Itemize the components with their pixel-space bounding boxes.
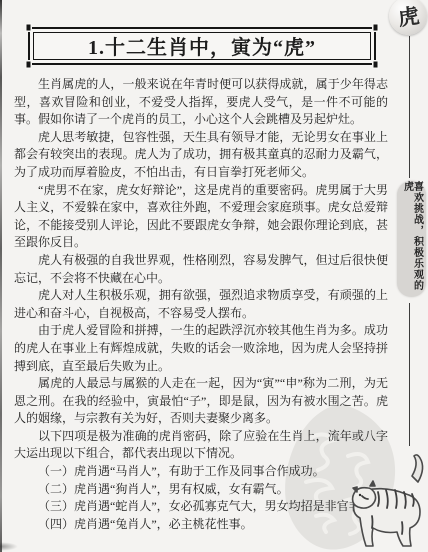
- book-page: 1.十二生肖中，寅为“虎” 生肖属虎的人，一般来说在年青时便可以获得成就，属于少…: [0, 0, 428, 552]
- list-item: （一）虎肖遇“马肖人”，有助于工作及同事合作成功。: [14, 463, 388, 481]
- paragraph: “虎男不在家，虎女好辩论”，这是虎肖的重要密码。虎男属于大男人主义，不爱躲在家中…: [14, 182, 388, 252]
- paragraph: 以下四项是极为准确的虎肖密码，除了应验在生肖上，流年或八字大运出现以下组合，都代…: [14, 428, 388, 463]
- zodiac-corner-ball: 虎: [389, 0, 427, 35]
- chapter-side-tab: 喜欢挑战，积极乐观的虎: [397, 181, 426, 297]
- frame-corner-ornament: [372, 60, 379, 69]
- margin-guide-line: [409, 303, 410, 446]
- paragraph: 属虎的人最忌与属猴的人走在一起，因为“寅”“申”称为二刑，为无恩之刑。在我的经验…: [14, 375, 388, 428]
- frame-corner-ornament: [25, 60, 32, 69]
- paragraph: 虎人对人生积极乐观，拥有欲强，强烈追求物质享受，有顽强的上进心和奋斗心，自视极高…: [14, 287, 388, 322]
- article-body: 生肖属虎的人，一般来说在年青时便可以获得成就，属于少年得志型，喜欢冒险和创业，不…: [14, 76, 388, 533]
- paragraph: 虎人有极强的自我世界观，性格刚烈，容易发脾气，但过后很快便忘记，不会将不快藏在心…: [14, 252, 388, 287]
- paragraph: 生肖属虎的人，一般来说在年青时便可以获得成就，属于少年得志型，喜欢冒险和创业，不…: [14, 76, 388, 129]
- frame-corner-ornament: [372, 23, 379, 32]
- scan-smudge: [0, 542, 18, 551]
- chapter-title-frame: 1.十二生肖中，寅为“虎”: [28, 27, 376, 65]
- scan-edge-artifact: [0, 0, 2, 552]
- margin-guide-line: [409, 36, 410, 178]
- paragraph: 虎人思考敏捷，包容性强，天生具有领导才能，无论男女在事业上都会有较突出的表现。虎…: [14, 129, 388, 182]
- side-tab-label: 喜欢挑战，积极乐观的虎: [402, 181, 422, 297]
- paragraph: 由于虎人爱冒险和拼搏，一生的起跌浮沉亦较其他生肖为多。成功的虎人在事业上有辉煌成…: [14, 322, 388, 375]
- list-item: （二）虎肖遇“狗肖人”，男有权威，女有霸气。: [14, 481, 388, 499]
- zodiac-character: 虎: [396, 0, 421, 32]
- chapter-title: 1.十二生肖中，寅为“虎”: [88, 31, 316, 60]
- chapter-title-inner-border: 1.十二生肖中，寅为“虎”: [33, 32, 371, 60]
- list-item: （三）虎肖遇“蛇肖人”，女必孤寡克气大，男女均招是非官非。: [14, 498, 388, 516]
- tiger-illustration: [348, 452, 428, 552]
- frame-corner-ornament: [25, 23, 32, 32]
- list-item: （四）虎肖遇“兔肖人”，必主桃花性事。: [14, 516, 388, 534]
